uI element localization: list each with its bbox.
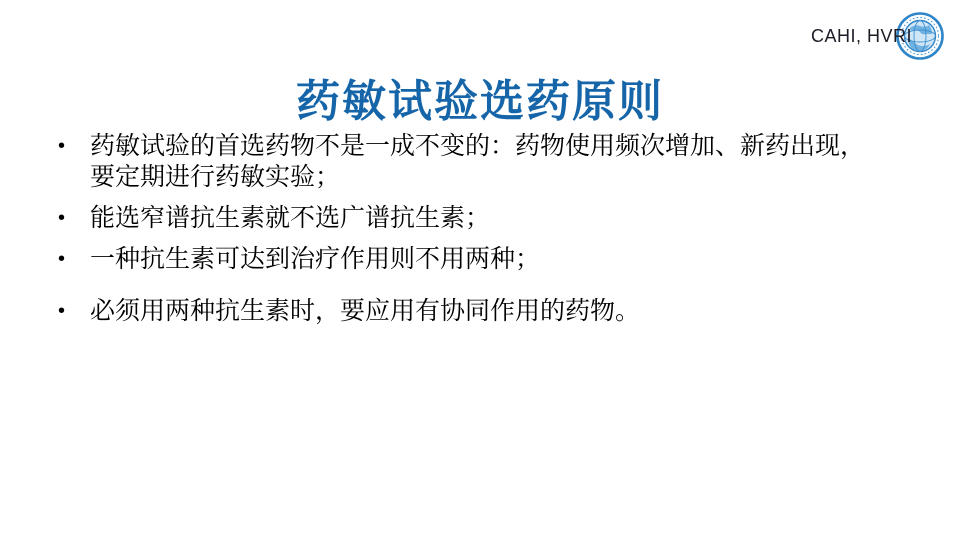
bullet-item-3: • 一种抗生素可达到治疗作用则不用两种；: [58, 244, 898, 275]
bullet-marker: •: [58, 131, 90, 162]
bullet-item-4: • 必须用两种抗生素时，要应用有协同作用的药物。: [58, 296, 898, 327]
logo-text: CAHI, HVRI: [811, 26, 912, 47]
bullet-text-2: 能选窄谱抗生素就不选广谱抗生素；: [90, 203, 882, 234]
bullet-marker: •: [58, 296, 90, 327]
slide-title: 药敏试验选药原则: [0, 65, 960, 129]
bullet-list: • 药敏试验的首选药物不是一成不变的：药物使用频次增加、新药出现，要定期进行药敏…: [58, 131, 898, 337]
bullet-marker: •: [58, 203, 90, 234]
slide: CAHI, HVRI 药敏试验选药原则 • 药敏试验的首选药物不是一成不变的：药…: [0, 0, 960, 540]
logo: CAHI, HVRI: [811, 12, 944, 60]
bullet-text-4: 必须用两种抗生素时，要应用有协同作用的药物。: [90, 296, 882, 327]
bullet-text-1: 药敏试验的首选药物不是一成不变的：药物使用频次增加、新药出现，要定期进行药敏实验…: [90, 131, 882, 193]
bullet-item-1: • 药敏试验的首选药物不是一成不变的：药物使用频次增加、新药出现，要定期进行药敏…: [58, 131, 898, 193]
bullet-item-2: • 能选窄谱抗生素就不选广谱抗生素；: [58, 203, 898, 234]
bullet-marker: •: [58, 244, 90, 275]
bullet-text-3: 一种抗生素可达到治疗作用则不用两种；: [90, 244, 882, 275]
